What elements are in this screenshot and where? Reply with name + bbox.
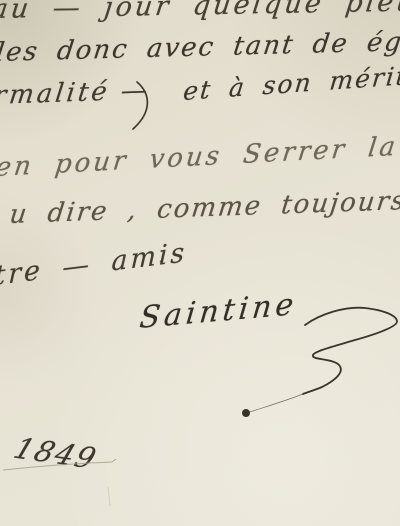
handwritten-year: 1849	[10, 433, 102, 474]
handwritten-line-4: en pour vous Serrer la	[0, 134, 400, 183]
handwritten-line-3-left: rmalité —	[0, 77, 152, 110]
pencil-underline	[3, 459, 116, 470]
handwritten-line-3-right: et à son mérite	[182, 62, 400, 105]
handwritten-line-5: u dire , comme toujours	[8, 188, 400, 229]
stray-mark	[160, 250, 164, 262]
handwritten-line-1: au — jour quelque pieu	[0, 0, 400, 24]
handwritten-closing-line: tre — amis	[0, 239, 188, 291]
signature-saintine: Saintine	[138, 289, 299, 335]
ink-marks-overlay	[0, 0, 400, 526]
ink-dot	[242, 409, 250, 417]
handwritten-line-2: les donc avec tant de égards	[0, 28, 400, 68]
flourish-hairline	[250, 394, 303, 412]
signature-flourish	[303, 308, 397, 394]
letter-page: au — jour quelque pieu les donc avec tan…	[0, 0, 400, 526]
large-parenthesis-stroke	[133, 82, 147, 129]
paper-crease	[108, 487, 110, 506]
